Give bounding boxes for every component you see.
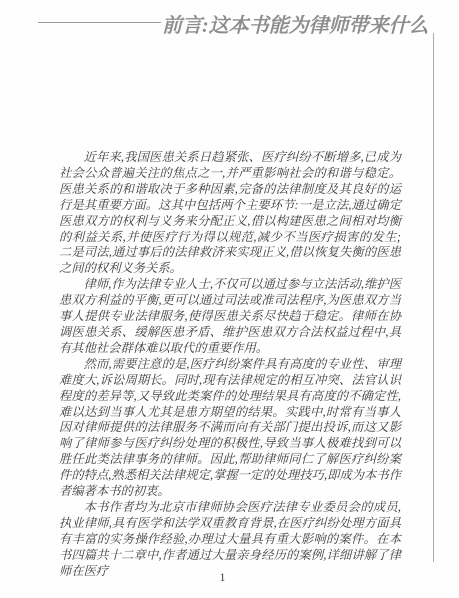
body-text: 近年来,我国医患关系日趋紧张、医疗纠纷不断增多,已成为社会公众普遍关注的焦点之一… [59,150,401,579]
title-vertical-rule [433,33,434,562]
book-page: { "page": { "title": "前言:这本书能为律师带来什么", "… [0,0,459,598]
paragraph-2: 律师,作为法律专业人士,不仅可以通过参与立法活动,维护医患双方利益的平衡,更可以… [59,277,401,357]
paragraph-3: 然而,需要注意的是,医疗纠纷案件具有高度的专业性、审理难度大,诉讼周期长。同时,… [59,357,401,500]
paragraph-4: 本书作者均为北京市律师协会医疗法律专业委员会的成员,执业律师,具有医学和法学双重… [59,500,401,580]
paragraph-1: 近年来,我国医患关系日趋紧张、医疗纠纷不断增多,已成为社会公众普遍关注的焦点之一… [59,150,401,277]
page-title: 前言:这本书能为律师带来什么 [162,9,452,38]
page: 前言:这本书能为律师带来什么 近年来,我国医患关系日趋紧张、医疗纠纷不断增多,已… [0,0,459,598]
title-horizontal-rule [38,22,161,23]
page-number: 1 [0,572,445,584]
